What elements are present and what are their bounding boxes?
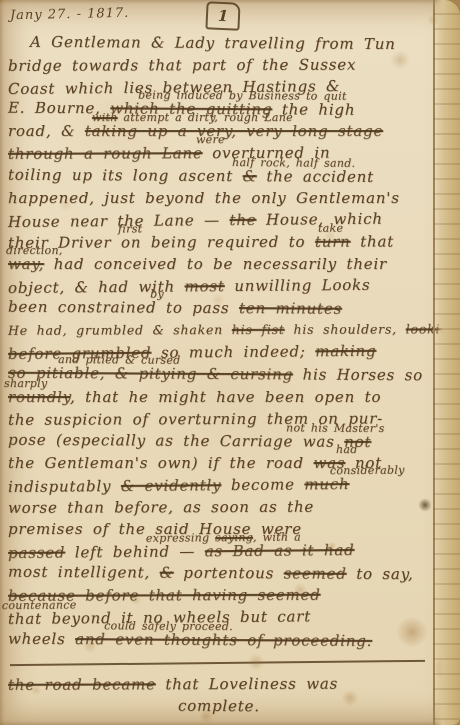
text-run: portentous (174, 564, 284, 583)
text-run: not his Master's (286, 421, 385, 435)
struck-text: & (243, 167, 257, 185)
manuscript-line: firsttaketheir Driver on being required … (0, 230, 460, 254)
struck-text: through a rough Lane (8, 145, 203, 164)
text-run: become (221, 475, 304, 494)
interlinear-insertion: take (318, 222, 343, 233)
text-run: could safely proceed. (104, 619, 233, 633)
interlinear-insertion: with attempt a dirty, rough Lane (92, 112, 293, 123)
manuscript-line: House near the Lane — the House, which (0, 207, 460, 233)
struck-text: ten minutes (239, 299, 342, 318)
text-run: by (150, 288, 164, 301)
text-run: had (336, 443, 358, 456)
struck-text: saying (215, 531, 253, 544)
interlinear-insertion: sharply (4, 378, 47, 389)
interlinear-insertion: being induced by Business to quit (138, 90, 347, 102)
interlinear-insertion: could safely proceed. (104, 620, 233, 632)
page-fore-edge (433, 0, 460, 725)
text-run: half rock, half sand. (232, 156, 355, 170)
interlinear-insertion: expressing saying, with a (146, 532, 301, 544)
struck-text: the (229, 211, 256, 229)
struck-text: seemed (284, 565, 347, 583)
manuscript-line: direction,way, had conceived to be neces… (0, 253, 460, 275)
text-run: his shoulders, (285, 322, 406, 337)
text-run: been constrained to pass (8, 298, 239, 317)
struck-text: so pitiable, & pitying & cursing (8, 364, 293, 384)
struck-text: passed (8, 544, 65, 562)
manuscript-line: happened, just beyond the only Gentleman… (0, 187, 460, 209)
manuscript-line (0, 651, 460, 673)
text-run: countenance (2, 599, 77, 613)
text-run: attempt a dirty, rough Lane (118, 111, 293, 124)
struck-text: way, (8, 255, 44, 273)
date-heading: Jany 27. - 1817. (10, 6, 130, 23)
manuscript-text: A Gentleman & Lady travelling from Tunbr… (0, 28, 460, 717)
interlinear-insertion: had (336, 444, 358, 455)
interlinear-insertion: first (118, 223, 142, 234)
struck-text: making (315, 342, 376, 361)
struck-text: with (92, 111, 118, 124)
struck-text: taking up a very, very long stage (85, 122, 383, 140)
manuscript-line: worse than before, as soon as the (0, 495, 460, 519)
manuscript-line: half rock, half sand.toiling up its long… (0, 163, 460, 188)
manuscript-line: the road became that Loveliness was (0, 672, 460, 696)
text-run: and pitied & cursed (58, 353, 180, 367)
text-run: the accident (257, 167, 374, 186)
text-run: sharply (4, 377, 47, 390)
manuscript-line: could safely proceed.wheels and even tho… (0, 627, 460, 652)
struck-text: & (160, 564, 174, 582)
manuscript-line: most intelligent, & portentous seemed to… (0, 561, 460, 586)
text-run: most intelligent, (8, 563, 160, 582)
interlinear-insertion: considerably (330, 464, 405, 476)
manuscript-line: the suspicion of overturning them on pur… (0, 407, 460, 431)
strike-rule (10, 659, 425, 665)
text-run: A Gentleman & Lady travelling from Tun (30, 33, 396, 53)
text-run: indisputably (8, 477, 121, 496)
text-run: He had, grumbled & shaken (8, 322, 232, 338)
text-run: , with a (253, 531, 301, 544)
manuscript-line: He had, grumbled & shaken his fist his s… (0, 318, 460, 342)
text-run: being induced by Business to quit (138, 89, 347, 103)
text-run: that Loveliness was (156, 674, 338, 693)
text-run: left behind — (65, 542, 205, 561)
manuscript-line: complete. (0, 693, 460, 718)
manuscript-line: werethrough a rough Lane overturned in (0, 142, 460, 166)
interlinear-insertion: half rock, half sand. (232, 157, 355, 169)
text-run: to say, (347, 565, 414, 583)
interlinear-insertion: not his Master's (286, 422, 385, 434)
interlinear-insertion: were (196, 134, 225, 145)
manuscript-line: bybeen constrained to pass ten minutes (0, 296, 460, 321)
struck-text: turn (315, 232, 351, 250)
text-run: his Horses so (293, 366, 423, 385)
manuscript-line: with attempt a dirty, rough Laneroad, & … (0, 120, 460, 142)
interlinear-insertion: and pitied & cursed (58, 354, 180, 366)
text-run: were (196, 133, 225, 146)
struck-text: roundly (8, 388, 70, 406)
interlinear-insertion: direction, (6, 245, 63, 256)
text-run: that (351, 232, 395, 250)
text-run: had conceived to be necessarily their (44, 255, 387, 273)
text-run: happened, just beyond the only Gentleman… (8, 189, 400, 207)
page-number: 1 (205, 1, 240, 30)
interlinear-insertion: countenance (2, 600, 77, 612)
manuscript-line: considerablyindisputably & evidently bec… (0, 472, 460, 498)
struck-text: most (184, 277, 224, 295)
text-run: take (318, 221, 343, 234)
page-header: Jany 27. - 1817. 1 (0, 0, 460, 28)
text-run: toiling up its long ascent (8, 165, 243, 184)
manuscript-line: A Gentleman & Lady travelling from Tun (0, 31, 460, 56)
text-run: unwilling Looks (225, 276, 371, 295)
struck-text: & evidently (121, 476, 222, 495)
struck-text: the road became (8, 675, 156, 694)
text-run: direction, (6, 244, 63, 257)
text-run: first (118, 222, 142, 235)
text-run: bridge towards that part of the Sussex (8, 56, 356, 75)
text-run: road, & (8, 122, 85, 140)
manuscript-line: and pitied & cursedso pitiable, & pityin… (0, 362, 460, 387)
manuscript-line: bridge towards that part of the Sussex (0, 53, 460, 77)
text-run: wheels (8, 629, 75, 647)
manuscript-page: Jany 27. - 1817. 1 A Gentleman & Lady tr… (0, 0, 460, 725)
text-run: expressing (146, 531, 215, 545)
struck-text: his fist (232, 322, 285, 337)
text-run: , that he might have been open to (70, 388, 381, 406)
text-run: complete. (178, 696, 260, 714)
manuscript-line: not his Master'spose (especially as the … (0, 428, 460, 453)
text-run: the Gentleman's own) if the road (8, 454, 314, 472)
text-run: worse than before, as soon as the (8, 498, 314, 517)
manuscript-line: sharplyroundly, that he might have been … (0, 386, 460, 408)
struck-text: much (304, 475, 349, 493)
text-run: considerably (330, 463, 405, 477)
interlinear-insertion: by (150, 289, 164, 300)
